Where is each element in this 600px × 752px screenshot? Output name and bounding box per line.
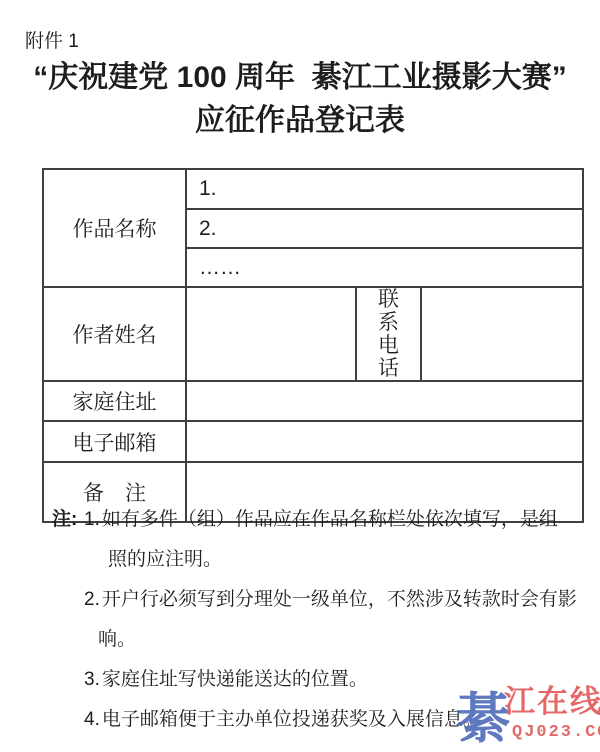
work-name-row-1: 作品名称 1. xyxy=(43,169,583,209)
email-value-cell xyxy=(186,421,583,462)
note-4-number: 4. xyxy=(84,709,102,730)
email-row: 电子邮箱 xyxy=(43,421,583,462)
email-label: 电子邮箱 xyxy=(43,421,186,462)
note-items: 1.如有多件（组）作品应在作品名称栏处依次填写，是组 照的应注明。 2.开户行必… xyxy=(84,500,577,740)
work-name-entry-1: 1. xyxy=(186,169,583,209)
work-name-label: 作品名称 xyxy=(43,169,186,287)
note-3-line-1: 家庭住址写快递能送达的位置。 xyxy=(102,669,368,690)
notes-section: 注: 1.如有多件（组）作品应在作品名称栏处依次填写，是组 照的应注明。 2.开… xyxy=(52,500,577,740)
note-item-1: 1.如有多件（组）作品应在作品名称栏处依次填写，是组 照的应注明。 xyxy=(84,500,577,580)
author-name-value-cell xyxy=(186,287,356,381)
home-address-value-cell xyxy=(186,381,583,421)
home-address-label: 家庭住址 xyxy=(43,381,186,421)
author-name-label: 作者姓名 xyxy=(43,287,186,381)
notes-label: 注: xyxy=(52,500,77,540)
title-line-2: 应征作品登记表 xyxy=(0,99,600,142)
document-page: 附件 1 “庆祝建党 100 周年 綦江工业摄影大赛” 应征作品登记表 作品名称… xyxy=(0,0,600,752)
note-2-number: 2. xyxy=(84,589,102,610)
contact-phone-label: 联系电话 xyxy=(356,287,421,381)
note-1-line-1: 如有多件（组）作品应在作品名称栏处依次填写，是组 xyxy=(102,509,558,530)
address-row: 家庭住址 xyxy=(43,381,583,421)
work-name-entry-3: …… xyxy=(186,248,583,287)
work-name-entry-2: 2. xyxy=(186,209,583,248)
note-item-4: 4.电子邮箱便于主办单位投递获奖及入展信息。 xyxy=(84,700,577,740)
note-1-line-2: 照的应注明。 xyxy=(84,540,577,580)
author-row: 作者姓名 联系电话 xyxy=(43,287,583,381)
note-2-line-2: 响。 xyxy=(84,620,577,660)
note-2-line-1: 开户行必须写到分理处一级单位，不然涉及转款时会有影 xyxy=(102,589,577,610)
note-item-2: 2.开户行必须写到分理处一级单位，不然涉及转款时会有影 响。 xyxy=(84,580,577,660)
contact-phone-value-cell xyxy=(421,287,583,381)
note-1-number: 1. xyxy=(84,509,102,530)
note-item-3: 3.家庭住址写快递能送达的位置。 xyxy=(84,660,577,700)
title-line-1: “庆祝建党 100 周年 綦江工业摄影大赛” xyxy=(0,56,600,99)
attachment-label: 附件 1 xyxy=(25,26,79,53)
registration-table: 作品名称 1. 2. …… 作者姓名 联系电话 家庭住址 电子邮箱 备 注 xyxy=(42,168,584,523)
note-3-number: 3. xyxy=(84,669,102,690)
note-4-line-1: 电子邮箱便于主办单位投递获奖及入展信息。 xyxy=(102,709,482,730)
form-title: “庆祝建党 100 周年 綦江工业摄影大赛” 应征作品登记表 xyxy=(0,56,600,142)
